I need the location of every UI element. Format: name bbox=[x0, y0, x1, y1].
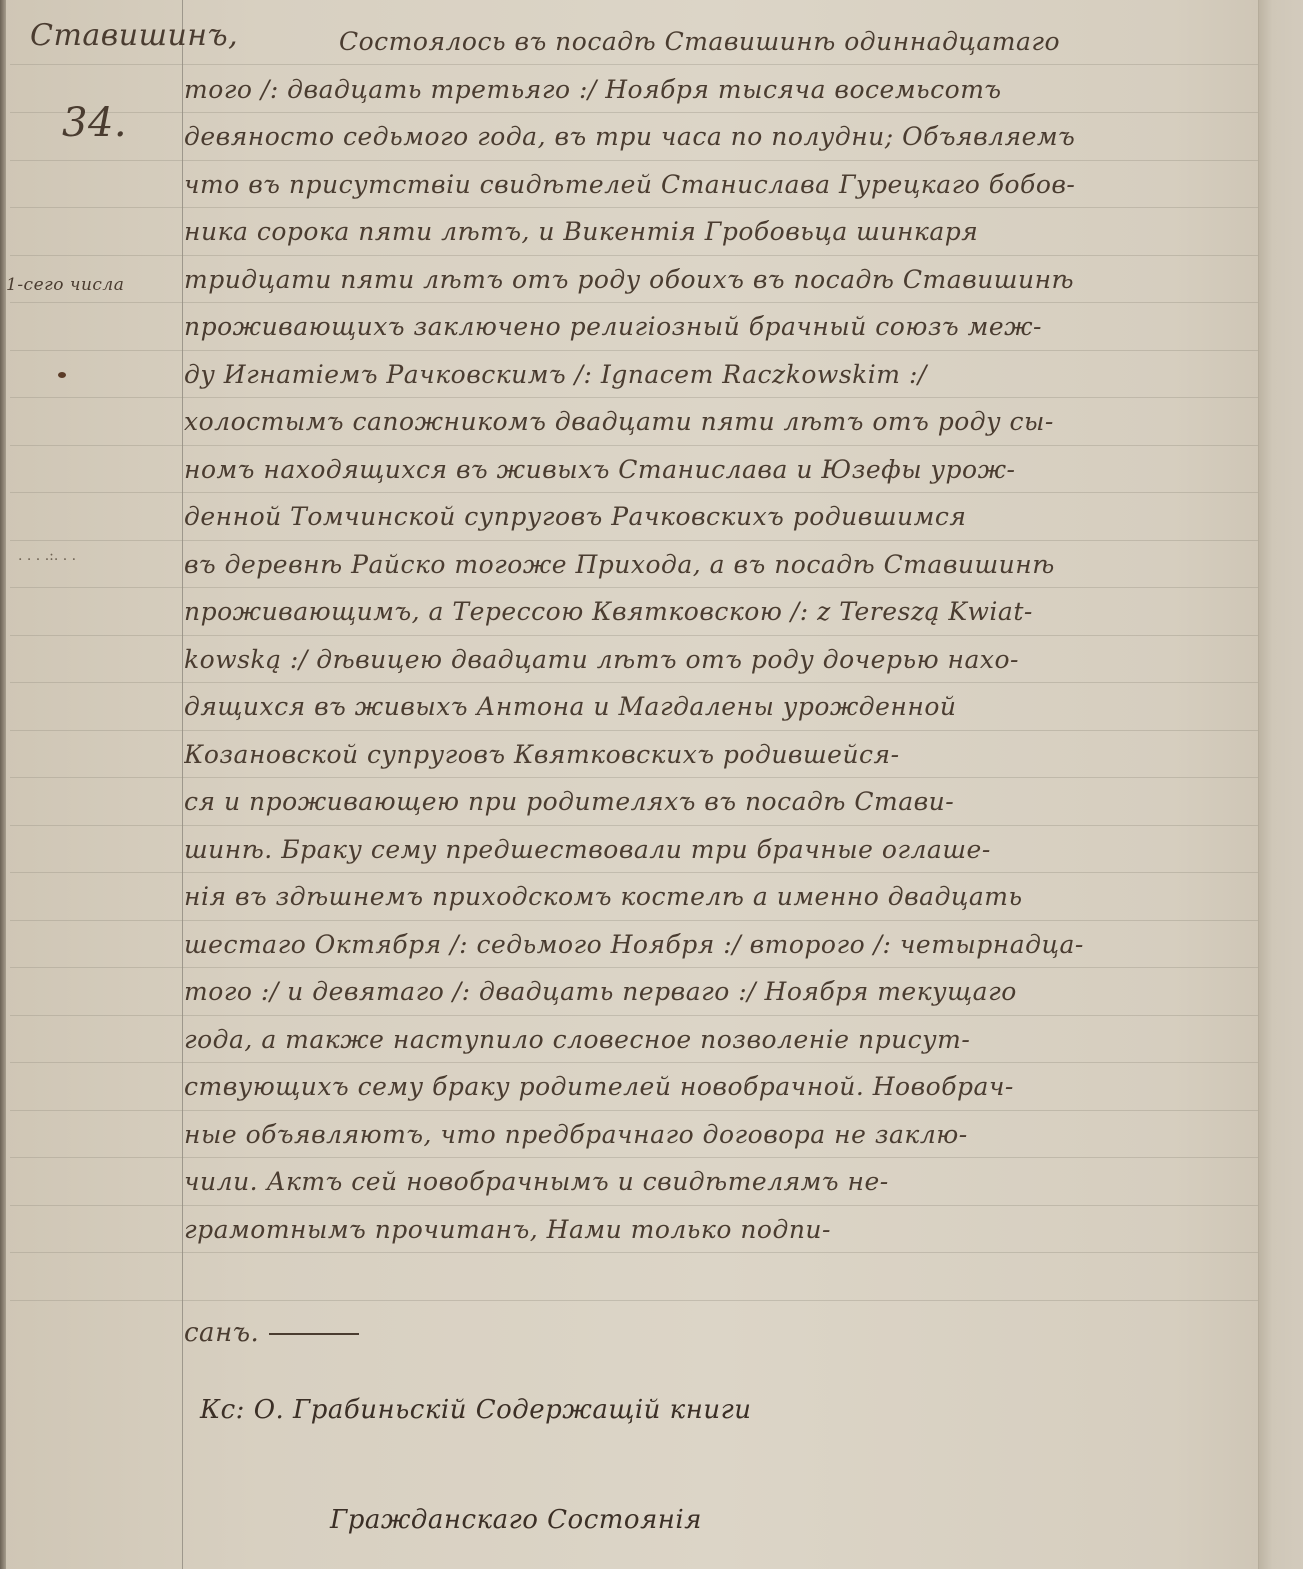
next-page-edge bbox=[1258, 0, 1303, 1569]
body-line-groom-name: ду Игнатіемъ Рачковскимъ /: Ignacem Racz… bbox=[184, 351, 1258, 399]
body-line-bride-name: проживающимъ, а Терессою Квятковскою /: … bbox=[184, 588, 1258, 636]
margin-note: 1-сего числа bbox=[6, 275, 124, 295]
body-line: ствующихъ сему браку родителей новобрачн… bbox=[184, 1063, 1258, 1111]
body-line: kowską :/ дѣвицею двадцати лѣтъ отъ роду… bbox=[184, 636, 1258, 684]
body-line: денной Томчинской супруговъ Рачковскихъ … bbox=[184, 493, 1258, 541]
body-line: дящихся въ живыхъ Антона и Магдалены уро… bbox=[184, 683, 1258, 731]
ink-blot bbox=[58, 372, 66, 378]
body-line: тридцати пяти лѣтъ отъ роду обоихъ въ по… bbox=[184, 256, 1258, 304]
body-line: ные объявляютъ, что предбрачнаго договор… bbox=[184, 1111, 1258, 1159]
document-page: Ставишинъ, 34. 1-сего числа . . . .:. . … bbox=[0, 0, 1303, 1569]
closing-dash bbox=[269, 1333, 359, 1335]
registrar-signature: Гражданскаго Состоянія bbox=[330, 1505, 702, 1535]
body-line: номъ находящихся въ живыхъ Станислава и … bbox=[184, 446, 1258, 494]
body-line: шинѣ. Браку сему предшествовали три брач… bbox=[184, 826, 1258, 874]
book-spine-shadow bbox=[0, 0, 6, 1569]
body-line: ника сорока пяти лѣтъ, и Викентія Гробов… bbox=[184, 208, 1258, 256]
body-line: года, а также наступило словесное позвол… bbox=[184, 1016, 1258, 1064]
body-line: что въ присутствіи свидѣтелей Станислава… bbox=[184, 161, 1258, 209]
priest-signature: Кс: О. Грабиньскій Содержащій книги bbox=[200, 1395, 751, 1425]
closing-line: санъ. bbox=[184, 1318, 359, 1348]
body-line: грамотнымъ прочитанъ, Нами только подпи- bbox=[184, 1206, 1258, 1254]
body-line: Состоялось въ посадѣ Ставишинѣ одиннадца… bbox=[184, 18, 1258, 66]
body-line: того :/ и девятаго /: двадцать перваго :… bbox=[184, 968, 1258, 1016]
body-line: чили. Актъ сей новобрачнымъ и свидѣтелям… bbox=[184, 1158, 1258, 1206]
body-line: ся и проживающею при родителяхъ въ посад… bbox=[184, 778, 1258, 826]
body-line: того /: двадцать третьяго :/ Ноября тыся… bbox=[184, 66, 1258, 114]
body-line: Козановской супруговъ Квятковскихъ родив… bbox=[184, 731, 1258, 779]
margin-rule bbox=[182, 0, 183, 1569]
body-line: въ деревнѣ Райско тогоже Прихода, а въ п… bbox=[184, 541, 1258, 589]
margin-dots: . . . .:. . . bbox=[18, 548, 76, 564]
act-number: 34. bbox=[62, 100, 127, 146]
body-line: холостымъ сапожникомъ двадцати пяти лѣтъ… bbox=[184, 398, 1258, 446]
body-line: нія въ здѣшнемъ приходскомъ костелѣ а им… bbox=[184, 873, 1258, 921]
body-line: шестаго Октября /: седьмого Ноября :/ вт… bbox=[184, 921, 1258, 969]
closing-text: санъ. bbox=[184, 1318, 259, 1348]
body-line: проживающихъ заключено религіозный брачн… bbox=[184, 303, 1258, 351]
ruled-line bbox=[10, 1300, 1258, 1301]
body-line: девяносто седьмого года, въ три часа по … bbox=[184, 113, 1258, 161]
record-body: Состоялось въ посадѣ Ставишинѣ одиннадца… bbox=[184, 18, 1258, 1253]
